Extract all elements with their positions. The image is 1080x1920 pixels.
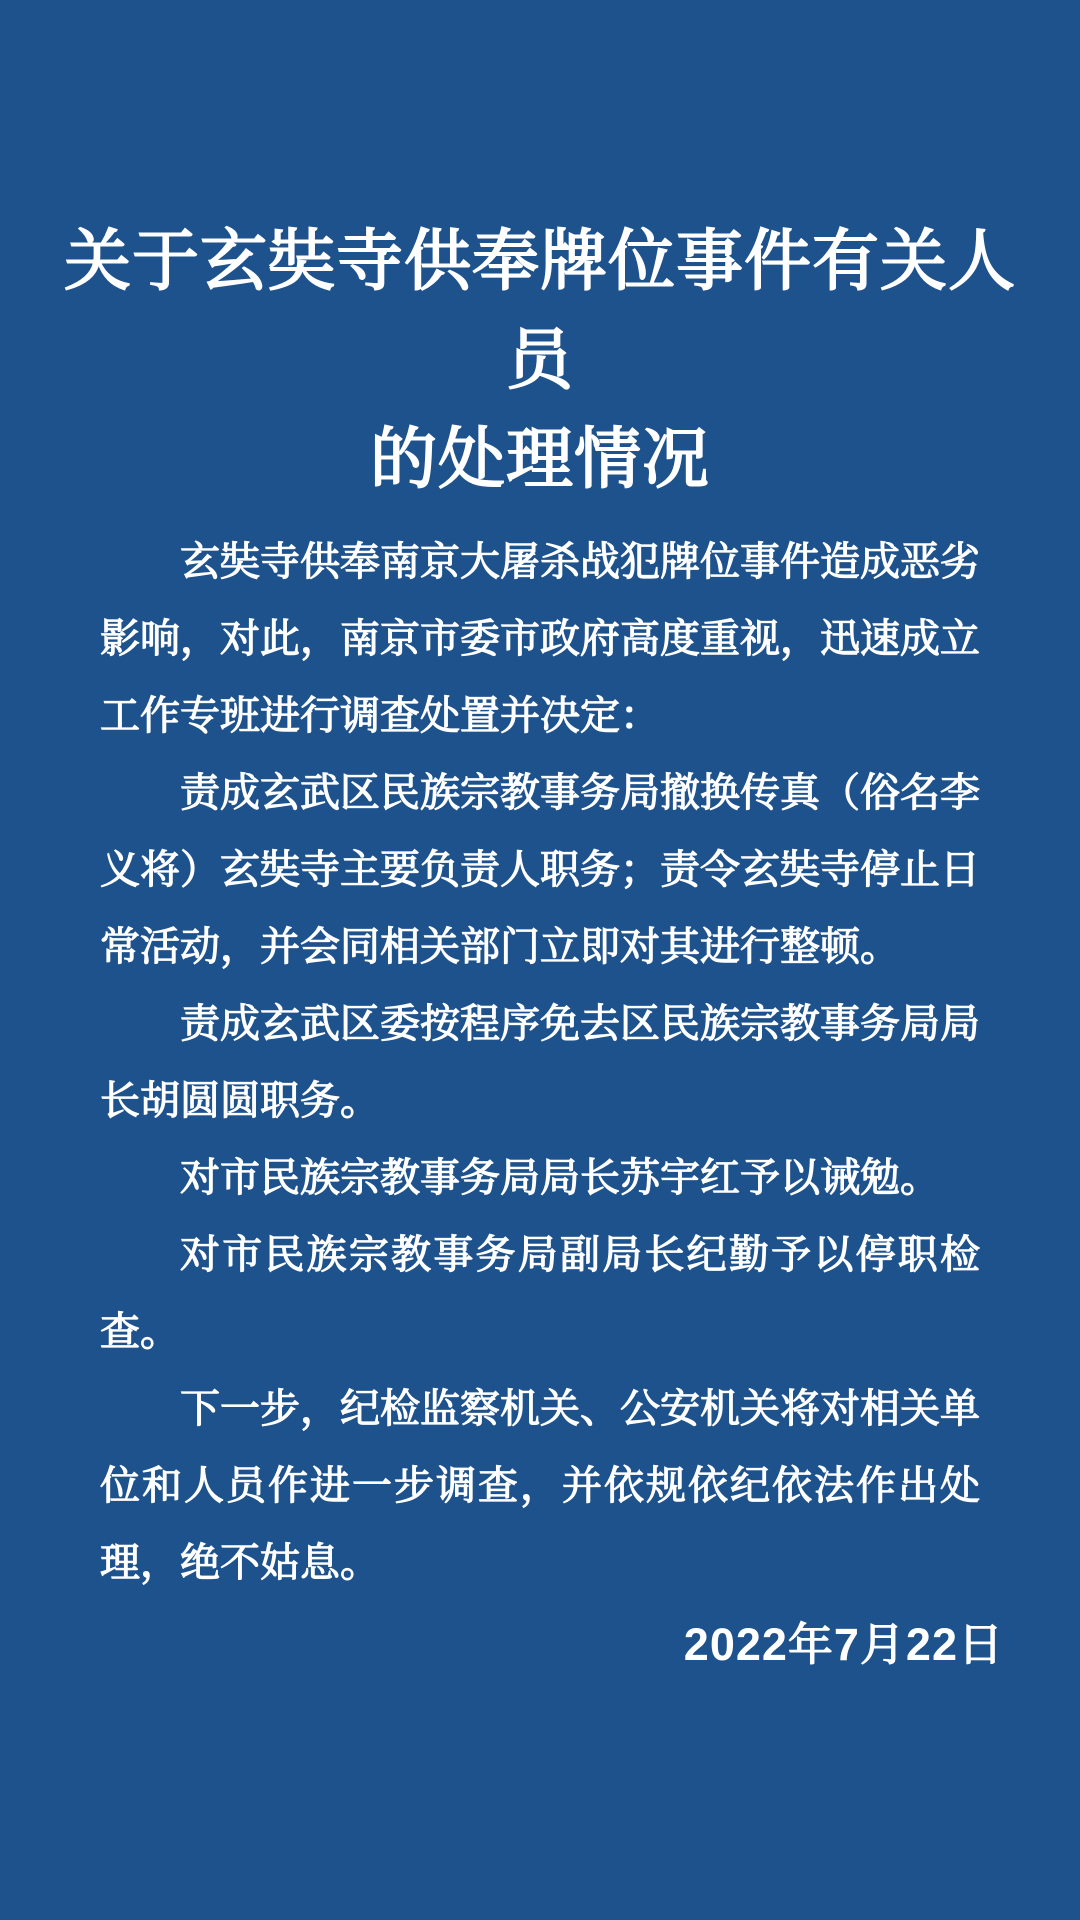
body-paragraph-temple-measures: 责成玄武区民族宗教事务局撤换传真（俗名李义将）玄奘寺主要负责人职务；责令玄奘寺停… <box>100 755 980 986</box>
announcement-body: 玄奘寺供奉南京大屠杀战犯牌位事件造成恶劣影响，对此，南京市委市政府高度重视，迅速… <box>100 524 980 1602</box>
date-stamp: 2022年7月22日 <box>684 1608 1004 1673</box>
body-paragraph-deputy-director-suspension: 对市民族宗教事务局副局长纪勤予以停职检查。 <box>100 1217 980 1371</box>
announcement-page: 关于玄奘寺供奉牌位事件有关人员 的处理情况 玄奘寺供奉南京大屠杀战犯牌位事件造成… <box>0 0 1080 1920</box>
announcement-title: 关于玄奘寺供奉牌位事件有关人员 的处理情况 <box>40 212 1040 509</box>
body-paragraph-next-steps: 下一步，纪检监察机关、公安机关将对相关单位和人员作进一步调查，并依规依纪依法作出… <box>100 1371 980 1602</box>
title-line-2: 的处理情况 <box>40 410 1040 509</box>
title-line-1: 关于玄奘寺供奉牌位事件有关人员 <box>40 212 1040 410</box>
body-paragraph-intro: 玄奘寺供奉南京大屠杀战犯牌位事件造成恶劣影响，对此，南京市委市政府高度重视，迅速… <box>100 524 980 755</box>
body-paragraph-district-director-removal: 责成玄武区委按程序免去区民族宗教事务局局长胡圆圆职务。 <box>100 986 980 1140</box>
body-paragraph-city-director-admonition: 对市民族宗教事务局局长苏宇红予以诫勉。 <box>100 1140 980 1217</box>
